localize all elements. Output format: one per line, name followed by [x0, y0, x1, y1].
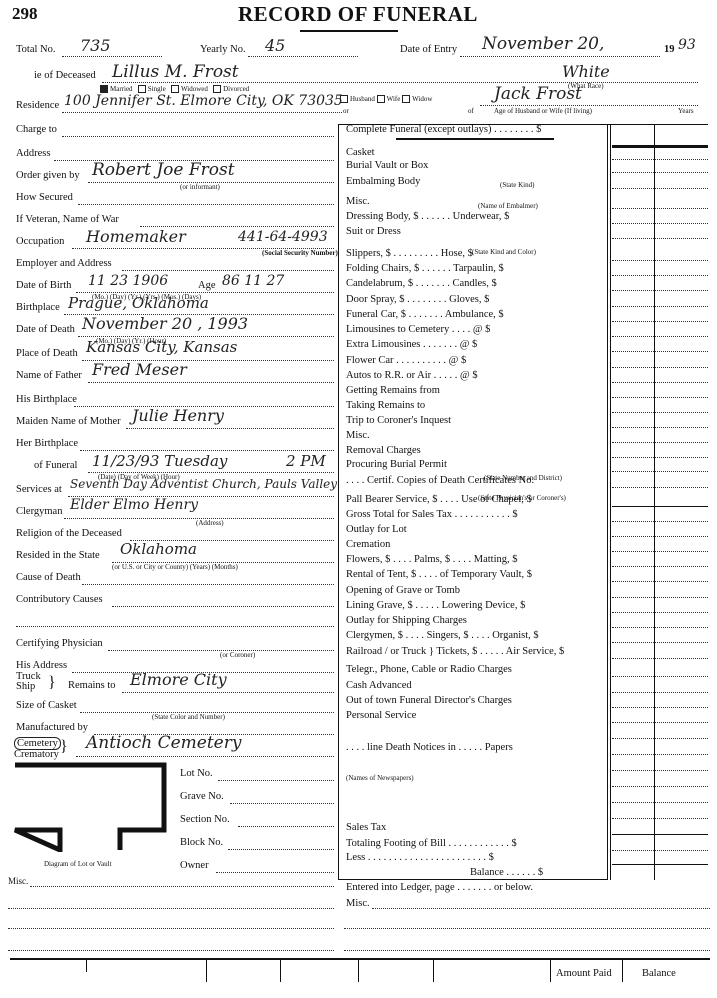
- cemetery-crematory-label: CemeteryCrematory: [14, 738, 61, 760]
- charge-amount-field[interactable]: [612, 457, 708, 458]
- charge-row-label: Entered into Ledger, page . . . . . . . …: [346, 882, 533, 893]
- charge-row-label: Slippers, $ . . . . . . . . . Hose, $: [346, 248, 473, 259]
- place-of-death-label: Place of Death: [16, 348, 78, 359]
- charge-row-label: Funeral Car, $ . . . . . . . Ambulance, …: [346, 309, 504, 320]
- remains-line: [122, 692, 334, 693]
- charge-row-label: Extra Limousines . . . . . . . @ $: [346, 339, 477, 350]
- state-number-sublabel: (State Number and District): [484, 474, 562, 482]
- how-secured-field[interactable]: [78, 204, 334, 205]
- father-label: Name of Father: [16, 370, 82, 381]
- amount-paid-header: Amount Paid: [556, 968, 612, 979]
- father-line: [88, 382, 334, 383]
- ledger-divider: [622, 958, 623, 982]
- year-suffix[interactable]: 93: [678, 37, 696, 53]
- charge-row-label: Flowers, $ . . . . Palms, $ . . . . Matt…: [346, 554, 518, 565]
- charge-amount-field[interactable]: [612, 351, 708, 352]
- age-value[interactable]: 86 11 27: [222, 273, 284, 289]
- charge-row-label: Personal Service: [346, 710, 416, 721]
- total-no-value[interactable]: 735: [80, 36, 111, 55]
- charge-amount-field[interactable]: [612, 692, 708, 693]
- charge-amount-field[interactable]: [612, 658, 708, 659]
- race-value[interactable]: White: [562, 62, 610, 81]
- grave-no-field[interactable]: [230, 803, 334, 804]
- charge-to-field[interactable]: [62, 136, 334, 137]
- charge-row-label: Misc.: [346, 196, 370, 207]
- spouse-checkboxes: Husband Wife Widow: [340, 95, 432, 103]
- checkbox-single[interactable]: Single: [138, 85, 166, 93]
- cemetery-value[interactable]: Antioch Cemetery: [86, 733, 241, 753]
- charge-amount-field[interactable]: [612, 442, 708, 443]
- block-no-field[interactable]: [228, 849, 334, 850]
- lot-diagram-icon: [12, 762, 168, 852]
- charge-amount-field[interactable]: [612, 802, 708, 803]
- page-number: 298: [12, 4, 38, 24]
- charge-amount-field[interactable]: [612, 722, 708, 723]
- charge-row-label: Sales Tax: [346, 822, 386, 833]
- complete-funeral-rule: [612, 145, 708, 148]
- services-at-value[interactable]: Seventh Day Adventist Church, Pauls Vall…: [70, 477, 337, 491]
- charge-amount-field[interactable]: [612, 818, 708, 819]
- charge-amount-field[interactable]: [612, 864, 708, 865]
- charge-amount-field[interactable]: [612, 834, 708, 835]
- funeral-date-value[interactable]: 11/23/93 Tuesday: [92, 452, 227, 470]
- charge-row-label: Outlay for Lot: [346, 524, 407, 535]
- casket-size-label: Size of Casket: [16, 700, 77, 711]
- checkbox-widowed[interactable]: Widowed: [171, 85, 208, 93]
- charge-amount-field[interactable]: [612, 627, 708, 628]
- charge-amount-field[interactable]: [612, 188, 708, 189]
- name-label: ie of Deceased: [34, 70, 96, 81]
- charge-row-label: Lining Grave, $ . . . . . Lowering Devic…: [346, 600, 525, 611]
- residence-line: [62, 112, 342, 113]
- date-of-death-value[interactable]: November 20 , 1993: [82, 314, 248, 333]
- charge-row-label: Cash Advanced: [346, 680, 412, 691]
- charge-row-label: Casket: [346, 147, 375, 158]
- page-title: RECORD OF FUNERAL: [238, 2, 478, 27]
- lot-no-field[interactable]: [218, 780, 334, 781]
- manufactured-label: Manufactured by: [16, 722, 88, 733]
- funeral-hour-value[interactable]: 2 PM: [286, 452, 326, 470]
- charge-row-label: Cremation: [346, 539, 390, 550]
- charge-row-label: . . . . line Death Notices in . . . . . …: [346, 742, 513, 753]
- charge-row-label: Balance . . . . . . $: [470, 867, 543, 878]
- total-no-label: Total No.: [16, 44, 56, 55]
- brace-2: }: [60, 738, 68, 756]
- charge-row-label: Door Spray, $ . . . . . . . . Gloves, $: [346, 294, 489, 305]
- resided-value[interactable]: Oklahoma: [120, 540, 197, 558]
- birthplace-value[interactable]: Prague, Oklahoma: [68, 294, 209, 312]
- section-no-label: Section No.: [180, 814, 230, 825]
- charge-row-label: Getting Remains from: [346, 385, 440, 396]
- cemetery-line: [76, 756, 334, 757]
- or-label: or: [343, 107, 349, 115]
- charge-amount-field[interactable]: [612, 260, 708, 261]
- charge-row-label: Folding Chairs, $ . . . . . . Tarpaulin,…: [346, 263, 504, 274]
- charge-amount-field[interactable]: [612, 754, 708, 755]
- misc-left-field[interactable]: [30, 886, 334, 887]
- veteran-label: If Veteran, Name of War: [16, 214, 119, 225]
- ledger-divider: [86, 958, 87, 972]
- embalmer-sublabel: (Name of Embalmer): [478, 202, 538, 210]
- mother-value[interactable]: Julie Henry: [132, 406, 224, 425]
- remains-to-label: Remains to: [68, 680, 116, 691]
- birthplace-label: Birthplace: [16, 302, 60, 313]
- physician-label: Certifying Physician: [16, 638, 103, 649]
- balance-header: Balance: [642, 968, 676, 979]
- misc-right-field-3[interactable]: [344, 950, 710, 951]
- charge-row-label: Clergymen, $ . . . . Singers, $ . . . . …: [346, 630, 539, 641]
- charge-row-label: Embalming Body: [346, 176, 420, 187]
- charge-amount-field[interactable]: [612, 597, 708, 598]
- coroner-sublabel: (or Coroner): [220, 651, 255, 659]
- date-of-entry-value[interactable]: November 20,: [482, 34, 604, 54]
- charge-amount-field[interactable]: [612, 336, 708, 337]
- charge-amount-field[interactable]: [612, 159, 708, 160]
- section-no-field[interactable]: [238, 826, 334, 827]
- charge-amount-field[interactable]: [612, 172, 708, 173]
- her-birthplace-label: Her Birthplace: [16, 438, 78, 449]
- charge-row-label: Complete Funeral (except outlays) . . . …: [346, 124, 541, 135]
- cause-of-death-field[interactable]: [82, 584, 334, 585]
- of-label: of: [468, 107, 474, 115]
- checkbox-married[interactable]: Married: [100, 85, 133, 93]
- misc-right-label: Misc.: [346, 898, 370, 909]
- charge-amount-field[interactable]: [612, 850, 708, 851]
- state-kind-sublabel: (State Kind): [500, 181, 534, 189]
- occupation-label: Occupation: [16, 236, 64, 247]
- clergyman-value[interactable]: Elder Elmo Henry: [70, 497, 198, 513]
- charge-amount-field[interactable]: [612, 238, 708, 239]
- charge-amount-field[interactable]: [612, 412, 708, 413]
- ledger-divider: [433, 958, 434, 982]
- charge-row-label: Dressing Body, $ . . . . . . Underwear, …: [346, 211, 509, 222]
- address-label: Address: [16, 148, 50, 159]
- misc-left-field-3[interactable]: [8, 928, 334, 929]
- charge-row-label: Procuring Burial Permit: [346, 459, 447, 470]
- checkbox-divorced[interactable]: Divorced: [213, 85, 249, 93]
- residence-label: Residence: [16, 100, 59, 111]
- charge-amount-field[interactable]: [612, 707, 708, 708]
- charge-row-label: Suit or Dress: [346, 226, 401, 237]
- his-address-label: His Address: [16, 660, 67, 671]
- complete-funeral-underline: [396, 138, 554, 140]
- residence-value[interactable]: 100 Jennifer St. Elmore City, OK 73035: [64, 93, 343, 109]
- date-of-birth-value[interactable]: 11 23 1906: [88, 273, 168, 289]
- charge-amount-field[interactable]: [612, 676, 708, 677]
- charge-row-label: Rental of Tent, $ . . . . of Temporary V…: [346, 569, 532, 580]
- charge-amount-field[interactable]: [612, 397, 708, 398]
- brace: }: [48, 674, 56, 692]
- ledger-top-rule: [10, 958, 710, 960]
- charge-row-label: Flower Car . . . . . . . . . . @ $: [346, 355, 466, 366]
- charge-row-label: Opening of Grave or Tomb: [346, 585, 460, 596]
- misc-right-field[interactable]: [372, 908, 710, 909]
- charge-amount-field[interactable]: [612, 786, 708, 787]
- checkbox-wife[interactable]: Wife: [377, 95, 401, 103]
- cause-of-death-label: Cause of Death: [16, 572, 81, 583]
- informant-sublabel: (or informant): [180, 183, 220, 191]
- charge-row-label: Outlay for Shipping Charges: [346, 615, 467, 626]
- employer-label: Employer and Address: [16, 258, 112, 269]
- contributory-field-2[interactable]: [16, 626, 334, 627]
- charge-amount-field[interactable]: [612, 642, 708, 643]
- kind-color-sublabel: (State Kind and Color): [472, 248, 536, 256]
- charges-col-divider: [610, 124, 611, 880]
- charge-amount-field[interactable]: [612, 382, 708, 383]
- charge-row-label: Railroad / or Truck } Tickets, $ . . . .…: [346, 646, 564, 657]
- contributory-field[interactable]: [112, 606, 334, 607]
- years-label: Years: [678, 107, 694, 115]
- charge-amount-field[interactable]: [612, 506, 708, 507]
- place-of-death-value[interactable]: Kansas City, Kansas: [86, 338, 237, 356]
- date-of-entry-line: [460, 56, 660, 57]
- charge-row-label: (Names of Newspapers): [346, 774, 414, 782]
- charge-amount-field[interactable]: [612, 612, 708, 613]
- ssn-value[interactable]: 441-64-4993: [238, 229, 328, 245]
- charge-amount-field[interactable]: [612, 581, 708, 582]
- charge-amount-field[interactable]: [612, 770, 708, 771]
- ledger-divider: [206, 958, 207, 982]
- charge-row-label: Out of town Funeral Director's Charges: [346, 695, 512, 706]
- mother-line: [126, 428, 334, 429]
- checkbox-widow[interactable]: Widow: [402, 95, 432, 103]
- name-line: [102, 82, 698, 83]
- charge-row-label: Totaling Footing of Bill . . . . . . . .…: [346, 838, 517, 849]
- charge-row-label: Gross Total for Sales Tax . . . . . . . …: [346, 509, 518, 520]
- charge-amount-field[interactable]: [612, 566, 708, 567]
- charge-amount-field[interactable]: [612, 223, 708, 224]
- charge-row-label: Trip to Coroner's Inquest: [346, 415, 451, 426]
- charge-row-label: Autos to R.R. or Air . . . . . @ $: [346, 370, 478, 381]
- total-no-line: [62, 56, 162, 57]
- charge-amount-field[interactable]: [612, 367, 708, 368]
- employer-field[interactable]: [122, 270, 334, 271]
- how-secured-label: How Secured: [16, 192, 73, 203]
- funeral-date-label: of Funeral: [34, 460, 77, 471]
- misc-left-field-4[interactable]: [8, 950, 334, 951]
- casket-sublabel: (State Color and Number): [152, 713, 225, 721]
- father-value[interactable]: Fred Meser: [92, 360, 187, 379]
- date-of-entry-label: Date of Entry: [400, 44, 457, 55]
- her-birthplace-field[interactable]: [80, 450, 334, 451]
- charge-amount-field[interactable]: [612, 208, 708, 209]
- charge-amount-field[interactable]: [612, 306, 708, 307]
- clergy-address-sublabel: (Address): [196, 519, 224, 527]
- date-of-birth-label: Date of Birth: [16, 280, 71, 291]
- charge-amount-field[interactable]: [612, 536, 708, 537]
- misc-left-label: Misc.: [8, 876, 28, 886]
- contributory-label: Contributory Causes: [16, 594, 103, 605]
- title-underline: [300, 30, 398, 32]
- order-given-by-value[interactable]: Robert Joe Frost: [92, 160, 235, 180]
- religion-label: Religion of the Deceased: [16, 528, 122, 539]
- lot-diagram-label: Diagram of Lot or Vault: [44, 860, 112, 868]
- occupation-value[interactable]: Homemaker: [86, 227, 186, 246]
- charge-amount-field[interactable]: [612, 290, 708, 291]
- yearly-no-value[interactable]: 45: [265, 36, 285, 55]
- resided-label: Resided in the State: [16, 550, 100, 561]
- charge-amount-field[interactable]: [612, 521, 708, 522]
- spouse-age-label: Age of Husband or Wife (If living): [494, 107, 592, 115]
- date-of-death-label: Date of Death: [16, 324, 75, 335]
- misc-left-field-2[interactable]: [8, 908, 334, 909]
- charge-amount-field[interactable]: [612, 487, 708, 488]
- charge-row-label: Taking Remains to: [346, 400, 425, 411]
- resided-sublabels: (or U.S. or City or County) (Years) (Mon…: [112, 563, 238, 571]
- checkbox-husband[interactable]: Husband: [340, 95, 375, 103]
- year-prefix: 19: [664, 44, 675, 55]
- charge-row-label: Telegr., Phone, Cable or Radio Charges: [346, 664, 512, 675]
- order-given-by-label: Order given by: [16, 170, 80, 181]
- mother-label: Maiden Name of Mother: [16, 416, 121, 427]
- charge-row-label: Burial Vault or Box: [346, 160, 428, 171]
- charge-to-label: Charge to: [16, 124, 57, 135]
- ledger-divider: [550, 958, 551, 982]
- charge-row-label: Less . . . . . . . . . . . . . . . . . .…: [346, 852, 494, 863]
- state-physician-sublabel: (State Physician's or Coroner's): [478, 494, 566, 502]
- charge-amount-field[interactable]: [612, 321, 708, 322]
- misc-right-field-2[interactable]: [344, 928, 710, 929]
- grave-no-label: Grave No.: [180, 791, 224, 802]
- ledger-divider: [280, 958, 281, 982]
- yearly-no-label: Yearly No.: [200, 44, 246, 55]
- charge-amount-field[interactable]: [612, 275, 708, 276]
- spouse-name[interactable]: Jack Frost: [494, 84, 582, 104]
- charge-row-label: Candelabrum, $ . . . . . . . Candles, $: [346, 278, 497, 289]
- age-label: Age: [198, 280, 216, 291]
- ssn-sublabel: (Social Security Number): [262, 249, 338, 257]
- charge-amount-field[interactable]: [612, 738, 708, 739]
- owner-field[interactable]: [216, 872, 334, 873]
- charge-amount-field[interactable]: [612, 551, 708, 552]
- services-at-label: Services at: [16, 484, 62, 495]
- his-birthplace-label: His Birthplace: [16, 394, 77, 405]
- charge-amount-field[interactable]: [612, 427, 708, 428]
- charge-row-label: Misc.: [346, 430, 370, 441]
- charge-row-label: Removal Charges: [346, 445, 421, 456]
- remains-to-value[interactable]: Elmore City: [130, 670, 227, 689]
- truck-ship-label: TruckShip: [16, 672, 41, 692]
- charge-amount-field[interactable]: [612, 471, 708, 472]
- deceased-name[interactable]: Lillus M. Frost: [112, 62, 239, 82]
- block-no-label: Block No.: [180, 837, 223, 848]
- charge-row-label: Limousines to Cemetery . . . . @ $: [346, 324, 490, 335]
- clergyman-label: Clergyman: [16, 506, 62, 517]
- yearly-no-line: [248, 56, 358, 57]
- owner-label: Owner: [180, 860, 209, 871]
- lot-no-label: Lot No.: [180, 768, 213, 779]
- ledger-divider: [358, 958, 359, 982]
- spouse-line: [480, 105, 698, 106]
